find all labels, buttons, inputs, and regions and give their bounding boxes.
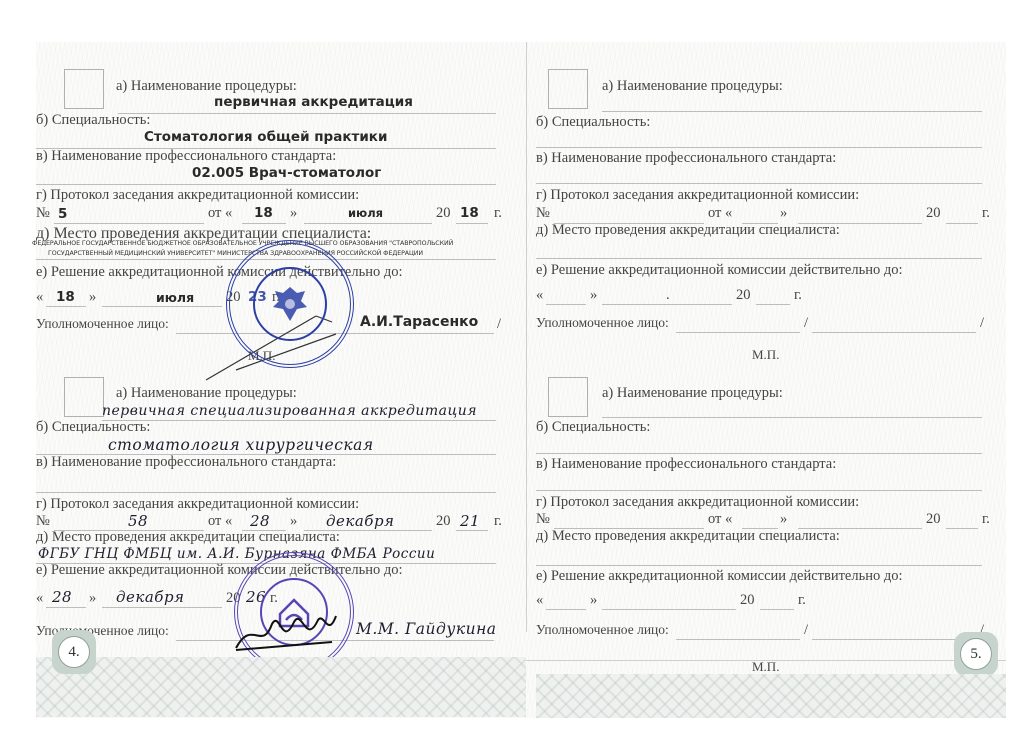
- dot: .: [666, 287, 670, 304]
- field-line: [456, 530, 488, 531]
- field-line: [102, 420, 496, 421]
- protocol-label: г) Протокол заседания аккредитационной к…: [536, 494, 859, 511]
- protocol-day: 18: [254, 205, 273, 221]
- protocol-year: 18: [460, 205, 479, 221]
- field-line: [536, 258, 982, 259]
- quote-close: »: [290, 513, 297, 530]
- protocol-label: г) Протокол заседания аккредитационной к…: [536, 187, 859, 204]
- field-line: [304, 223, 432, 224]
- protocol-label: г) Протокол заседания аккредитационной к…: [36, 496, 359, 513]
- footer-band: [36, 657, 526, 717]
- quote-close: »: [590, 592, 597, 609]
- place-label: д) Место проведения аккредитации специал…: [36, 529, 340, 546]
- place-label: д) Место проведения аккредитации специал…: [536, 222, 840, 239]
- field-line: [602, 609, 736, 610]
- record-checkbox: [64, 69, 104, 109]
- page-number-badge: 4.: [52, 630, 96, 674]
- field-line: [546, 609, 586, 610]
- year-suffix: г.: [494, 513, 502, 530]
- standard-label: в) Наименование профессионального станда…: [536, 150, 836, 167]
- from-label: от «: [708, 511, 732, 528]
- specialty-label: б) Специальность:: [536, 419, 650, 436]
- protocol-number: 58: [128, 512, 148, 530]
- procedure-label: а) Наименование процедуры:: [116, 385, 297, 402]
- from-label: от «: [208, 513, 232, 530]
- year-suffix: г.: [794, 287, 802, 304]
- standard-value: 02.005 Врач-стоматолог: [192, 165, 381, 181]
- number-sign: №: [536, 511, 550, 528]
- place-value: ФГБУ ГНЦ ФМБЦ им. А.И. Бурназяна ФМБА Ро…: [38, 546, 435, 562]
- field-line: [118, 113, 496, 114]
- valid-month: декабря: [116, 588, 184, 606]
- footer-band: [536, 674, 1006, 718]
- right-page: а) Наименование процедуры: б) Специально…: [536, 42, 1006, 718]
- quote-close: »: [89, 590, 96, 607]
- procedure-label: а) Наименование процедуры:: [602, 78, 783, 95]
- field-line: [536, 183, 982, 184]
- specialty-value: Стоматология общей практики: [144, 129, 387, 145]
- left-page: а) Наименование процедуры: первичная акк…: [36, 42, 526, 718]
- field-line: [676, 639, 800, 640]
- field-line: [46, 306, 86, 307]
- authorized-label: Уполномоченное лицо:: [36, 316, 169, 332]
- field-line: [760, 609, 794, 610]
- field-line: [536, 453, 982, 454]
- standard-label: в) Наименование профессионального станда…: [536, 456, 836, 473]
- procedure-label: а) Наименование процедуры:: [116, 78, 297, 95]
- year-suffix: г.: [494, 205, 502, 222]
- century-label: 20: [736, 287, 751, 304]
- record-checkbox: [64, 377, 104, 417]
- field-line: [36, 492, 496, 493]
- quote-open: «: [36, 289, 43, 306]
- from-label: от «: [208, 205, 232, 222]
- record-checkbox: [548, 377, 588, 417]
- quote-open: «: [536, 287, 543, 304]
- quote-close: »: [590, 287, 597, 304]
- field-line: [456, 223, 488, 224]
- procedure-value: первичная специализированная аккредитаци…: [102, 403, 477, 419]
- protocol-label: г) Протокол заседания аккредитационной к…: [36, 187, 359, 204]
- place-value-line2: ГОСУДАРСТВЕННЫЙ МЕДИЦИНСКИЙ УНИВЕРСИТЕТ"…: [48, 250, 423, 257]
- field-line: [602, 111, 982, 112]
- field-line: [812, 639, 976, 640]
- field-line: [946, 223, 978, 224]
- field-line: [812, 332, 976, 333]
- field-line: [602, 304, 732, 305]
- protocol-year: 21: [460, 512, 480, 530]
- field-line: [536, 147, 982, 148]
- number-sign: №: [536, 205, 550, 222]
- protocol-month: июля: [348, 206, 383, 220]
- procedure-value: первичная аккредитация: [214, 94, 413, 110]
- field-line: [102, 607, 222, 608]
- protocol-number: 5: [58, 206, 67, 222]
- page-spine: [526, 42, 527, 632]
- field-line: [242, 223, 286, 224]
- quote-close: »: [780, 511, 787, 528]
- standard-label: в) Наименование профессионального станда…: [36, 148, 336, 165]
- specialty-label: б) Специальность:: [36, 112, 150, 129]
- field-line: [36, 184, 496, 185]
- protocol-month: декабря: [326, 512, 394, 530]
- slash: /: [804, 622, 808, 639]
- field-line: [46, 607, 86, 608]
- page-number: 5.: [960, 638, 992, 670]
- century-label: 20: [926, 511, 941, 528]
- slash: /: [497, 316, 501, 333]
- quote-close: »: [89, 289, 96, 306]
- authorized-person: А.И.Тарасенко: [360, 314, 478, 330]
- century-label: 20: [436, 205, 451, 222]
- valid-day: 18: [56, 289, 75, 305]
- field-line: [676, 332, 800, 333]
- certificate-spread: а) Наименование процедуры: первичная акк…: [36, 42, 1006, 718]
- from-label: от «: [708, 205, 732, 222]
- official-stamp-ministry: [226, 240, 354, 368]
- place-value-line1: ФЕДЕРАЛЬНОЕ ГОСУДАРСТВЕННОЕ БЮДЖЕТНОЕ ОБ…: [32, 240, 453, 247]
- standard-label: в) Наименование профессионального станда…: [36, 454, 336, 471]
- signature: [232, 608, 342, 658]
- page-number-badge: 5.: [954, 632, 998, 676]
- quote-close: »: [780, 205, 787, 222]
- authorized-label: Уполномоченное лицо:: [536, 622, 669, 638]
- field-line: [546, 304, 586, 305]
- field-line: [536, 490, 982, 491]
- number-sign: №: [36, 513, 50, 530]
- seal-label: М.П.: [752, 347, 779, 363]
- field-line: [536, 565, 982, 566]
- protocol-day: 28: [250, 512, 270, 530]
- place-label: д) Место проведения аккредитации специал…: [536, 528, 840, 545]
- valid-month: июля: [156, 290, 194, 305]
- number-sign: №: [36, 205, 50, 222]
- page-number: 4.: [58, 636, 90, 668]
- field-line: [54, 223, 204, 224]
- quote-open: «: [36, 590, 43, 607]
- year-suffix: г.: [798, 592, 806, 609]
- century-label: 20: [926, 205, 941, 222]
- authorized-person: М.М. Гайдукина: [356, 620, 497, 638]
- field-line: [946, 528, 978, 529]
- decision-label: е) Решение аккредитационной комиссии дей…: [36, 562, 403, 579]
- specialty-value: стоматология хирургическая: [108, 436, 374, 454]
- slash: /: [980, 315, 984, 332]
- record-checkbox: [548, 69, 588, 109]
- field-line: [756, 304, 790, 305]
- century-label: 20: [740, 592, 755, 609]
- seal-label: М.П.: [752, 659, 779, 675]
- coat-of-arms-icon: [267, 281, 313, 327]
- century-label: 20: [436, 513, 451, 530]
- valid-day: 28: [52, 588, 72, 606]
- year-suffix: г.: [982, 205, 990, 222]
- specialty-label: б) Специальность:: [36, 419, 150, 436]
- slash: /: [804, 315, 808, 332]
- quote-open: «: [536, 592, 543, 609]
- authorized-label: Уполномоченное лицо:: [536, 315, 669, 331]
- decision-label: е) Решение аккредитационной комиссии дей…: [536, 262, 903, 279]
- field-line: [102, 306, 222, 307]
- year-suffix: г.: [982, 511, 990, 528]
- quote-close: »: [290, 205, 297, 222]
- specialty-label: б) Специальность:: [536, 114, 650, 131]
- procedure-label: а) Наименование процедуры:: [602, 385, 783, 402]
- decision-label: е) Решение аккредитационной комиссии дей…: [536, 568, 903, 585]
- field-line: [602, 417, 982, 418]
